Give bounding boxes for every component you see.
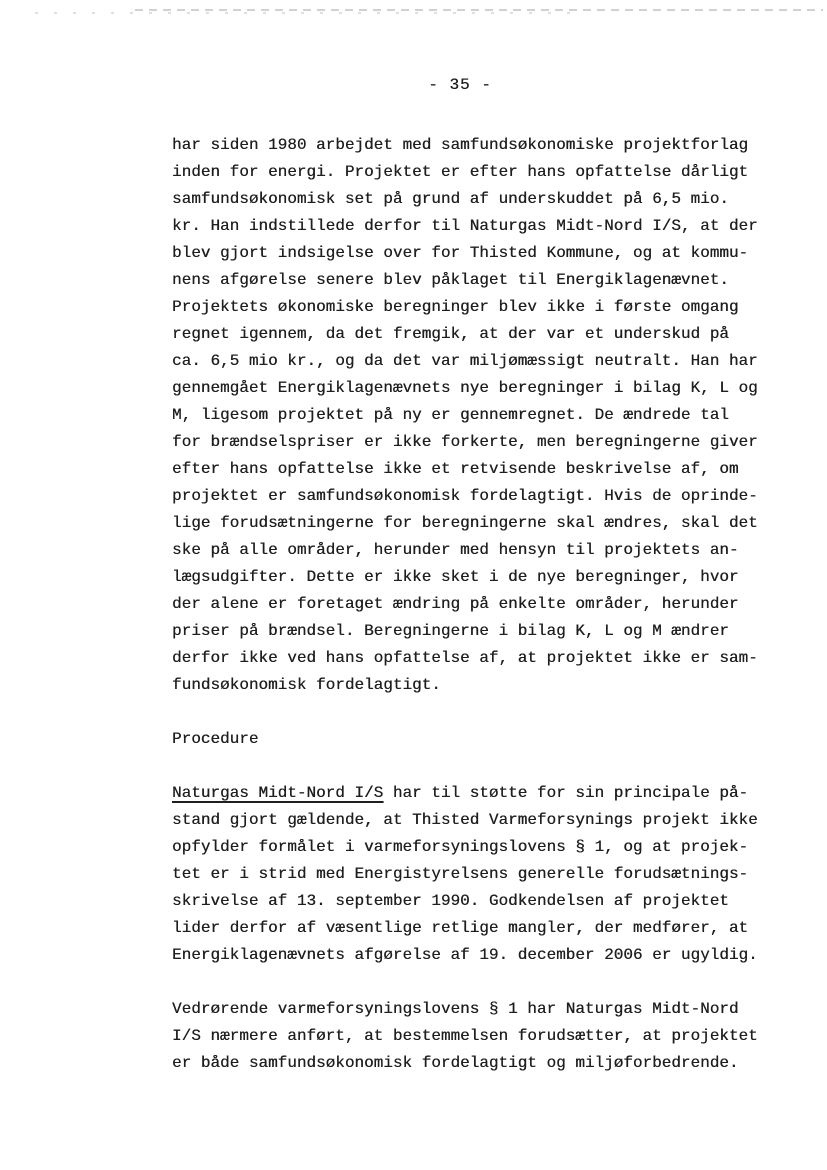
text-line: nens afgørelse senere blev påklaget til …	[172, 267, 802, 294]
text-line: lægsudgifter. Dette er ikke sket i de ny…	[172, 564, 802, 591]
document-page: - 35 - har siden 1980 arbejdet med samfu…	[0, 0, 827, 1170]
paragraph-2-continuation: stand gjort gældende, at Thisted Varmefo…	[172, 807, 802, 969]
text-line: efter hans opfattelse ikke et retvisende…	[172, 456, 802, 483]
text-line: lige forudsætningerne for beregningerne …	[172, 510, 802, 537]
section-heading-label: Procedure	[172, 726, 802, 753]
underlined-party-name: Naturgas Midt-Nord I/S	[172, 784, 383, 802]
text-line: Vedrørende varmeforsyningslovens § 1 har…	[172, 996, 802, 1023]
text-line: Energiklagenævnets afgørelse af 19. dece…	[172, 942, 802, 969]
text-line: opfylder formålet i varmeforsyningsloven…	[172, 834, 802, 861]
paragraph-1: har siden 1980 arbejdet med samfundsøkon…	[172, 132, 802, 699]
text-line: regnet igennem, da det fremgik, at der v…	[172, 321, 802, 348]
text-line: har siden 1980 arbejdet med samfundsøkon…	[172, 132, 802, 159]
paragraph-2-first-line-rest: har til støtte for sin principale på-	[383, 784, 748, 802]
text-line: ske på alle områder, herunder med hensyn…	[172, 537, 802, 564]
text-line: derfor ikke ved hans opfattelse af, at p…	[172, 645, 802, 672]
body-text: har siden 1980 arbejdet med samfundsøkon…	[172, 132, 802, 1077]
section-heading-procedure: Procedure	[172, 726, 802, 753]
text-line: projektet er samfundsøkonomisk fordelagt…	[172, 483, 802, 510]
text-line: lider derfor af væsentlige retlige mangl…	[172, 915, 802, 942]
text-line: fundsøkonomisk fordelagtigt.	[172, 672, 802, 699]
text-line: priser på brændsel. Beregningerne i bila…	[172, 618, 802, 645]
text-line: skrivelse af 13. september 1990. Godkend…	[172, 888, 802, 915]
scan-noise-dash-row	[35, 12, 577, 14]
paragraph-2-first-line: Naturgas Midt-Nord I/S har til støtte fo…	[172, 780, 802, 807]
text-line: er både samfundsøkonomisk fordelagtigt o…	[172, 1050, 802, 1077]
text-line: M, ligesom projektet på ny er gennemregn…	[172, 402, 802, 429]
text-line: inden for energi. Projektet er efter han…	[172, 159, 802, 186]
text-line: I/S nærmere anført, at bestemmelsen foru…	[172, 1023, 802, 1050]
paragraph-2: Naturgas Midt-Nord I/S har til støtte fo…	[172, 780, 802, 969]
text-line: tet er i strid med Energistyrelsens gene…	[172, 861, 802, 888]
text-line: stand gjort gældende, at Thisted Varmefo…	[172, 807, 802, 834]
scan-noise-dash-row	[135, 9, 823, 11]
text-line: Projektets økonomiske beregninger blev i…	[172, 294, 802, 321]
text-line: blev gjort indsigelse over for Thisted K…	[172, 240, 802, 267]
text-line: ca. 6,5 mio kr., og da det var miljømæss…	[172, 348, 802, 375]
text-line: samfundsøkonomisk set på grund af unders…	[172, 186, 802, 213]
paragraph-3: Vedrørende varmeforsyningslovens § 1 har…	[172, 996, 802, 1077]
page-number: - 35 -	[172, 72, 748, 99]
text-line: gennemgået Energiklagenævnets nye beregn…	[172, 375, 802, 402]
text-line: for brændselspriser er ikke forkerte, me…	[172, 429, 802, 456]
text-line: der alene er foretaget ændring på enkelt…	[172, 591, 802, 618]
scan-noise-top-edge	[0, 8, 827, 16]
text-line: kr. Han indstillede derfor til Naturgas …	[172, 213, 802, 240]
